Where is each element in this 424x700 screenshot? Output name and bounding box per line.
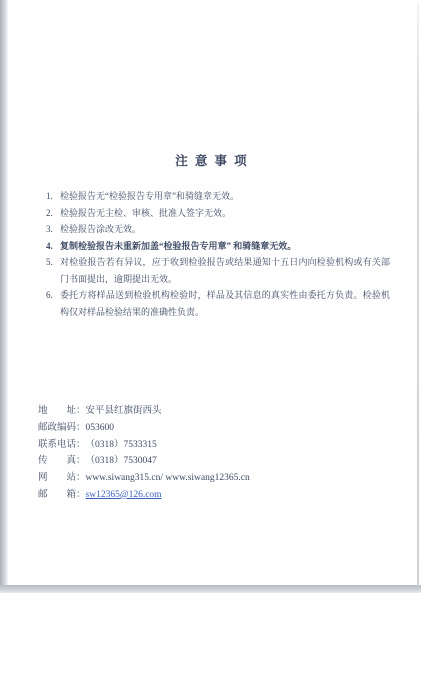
notice-item-4: 4. 复制检验报告未重新加盖“检验报告专用章” 和骑缝章无效。: [46, 238, 390, 255]
email-label: 邮 箱：: [38, 487, 86, 504]
postal-code-label: 邮政编码：: [38, 420, 86, 437]
scan-left-edge-shadow: [0, 0, 8, 593]
contact-row-fax: 传 真：（0318）7530047: [38, 453, 398, 470]
notice-item-3: 3. 检验报告涂改无效。: [46, 221, 390, 238]
email-link[interactable]: sw12365@126.com: [86, 490, 162, 500]
postal-code-value: 053600: [86, 423, 115, 433]
fax-label: 传 真：: [38, 453, 86, 470]
page-title: 注 意 事 项: [0, 151, 424, 169]
address-label: 地 址：: [38, 403, 86, 420]
website-label: 网 站：: [38, 470, 86, 487]
notice-item-text: 委托方将样品送到检验机构检验时，样品及其信息的真实性由委托方负责。检验机构仅对样…: [60, 290, 390, 317]
notice-item-6: 6. 委托方将样品送到检验机构检验时，样品及其信息的真实性由委托方负责。检验机构…: [46, 287, 390, 320]
notice-item-number: 3.: [46, 221, 53, 238]
contact-row-postal-code: 邮政编码：053600: [38, 420, 398, 437]
contact-row-phone: 联系电话：（0318）7533315: [38, 437, 398, 454]
contact-row-address: 地 址：安平县红旗街西头: [38, 403, 398, 420]
notice-item-5: 5. 对检验报告若有异议，应于收到检验报告或结果通知十五日内向检验机构或有关部门…: [46, 254, 390, 287]
scanned-document-page: 注 意 事 项 1. 检验报告无“检验报告专用章”和骑缝章无效。 2. 检验报告…: [0, 0, 420, 586]
website-value: www.siwang315.cn/ www.siwang12365.cn: [86, 473, 250, 483]
fax-value: （0318）7530047: [86, 456, 157, 466]
notice-item-text: 检验报告无主检、审核、批准人签字无效。: [60, 208, 231, 218]
contact-row-email: 邮 箱：sw12365@126.com: [38, 487, 398, 504]
notice-item-number: 5.: [46, 254, 53, 271]
scan-right-edge-shadow: [417, 4, 419, 586]
phone-label: 联系电话：: [38, 437, 86, 454]
notice-item-number: 2.: [46, 205, 53, 222]
notice-item-1: 1. 检验报告无“检验报告专用章”和骑缝章无效。: [46, 188, 390, 205]
contact-info-block: 地 址：安平县红旗街西头 邮政编码：053600 联系电话：（0318）7533…: [38, 403, 398, 504]
notice-item-number: 6.: [46, 287, 53, 304]
scan-bottom-edge-shadow: [0, 585, 421, 593]
notice-item-text: 检验报告涂改无效。: [60, 224, 141, 234]
contact-row-website: 网 站：www.siwang315.cn/ www.siwang12365.cn: [38, 470, 398, 487]
phone-value: （0318）7533315: [86, 440, 157, 450]
notice-item-number: 1.: [46, 188, 53, 205]
notice-item-text: 检验报告无“检验报告专用章”和骑缝章无效。: [60, 191, 239, 201]
notice-list: 1. 检验报告无“检验报告专用章”和骑缝章无效。 2. 检验报告无主检、审核、批…: [46, 188, 390, 320]
notice-item-2: 2. 检验报告无主检、审核、批准人签字无效。: [46, 205, 390, 222]
notice-item-text: 对检验报告若有异议，应于收到检验报告或结果通知十五日内向检验机构或有关部门书面提…: [60, 257, 390, 284]
address-value: 安平县红旗街西头: [86, 406, 162, 416]
notice-item-number: 4.: [46, 238, 53, 255]
notice-item-text: 复制检验报告未重新加盖“检验报告专用章” 和骑缝章无效。: [60, 241, 296, 251]
